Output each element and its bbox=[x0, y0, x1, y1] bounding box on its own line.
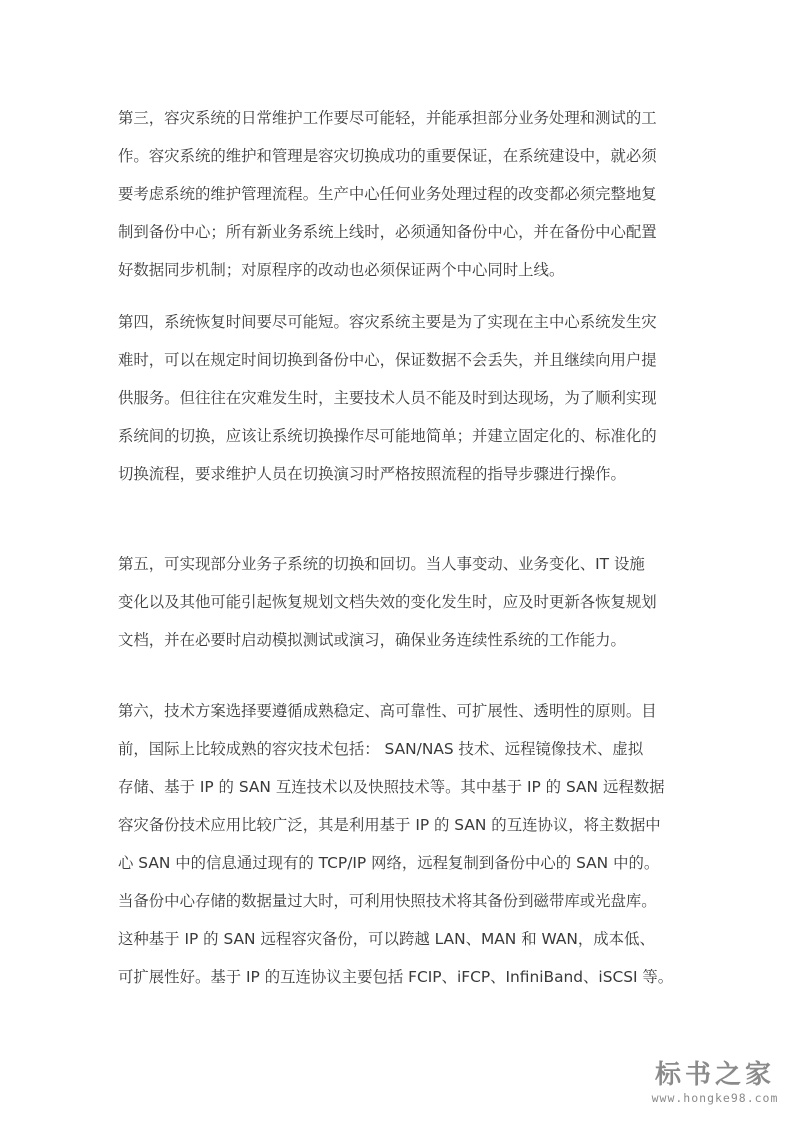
text-line: 作。容灾系统的维护和管理是容灾切换成功的重要保证，在系统建设中，就必须 bbox=[118, 137, 678, 175]
text-line: 第三，容灾系统的日常维护工作要尽可能轻，并能承担部分业务处理和测试的工 bbox=[118, 99, 678, 137]
text-line: 心 SAN 中的信息通过现有的 TCP/IP 网络，远程复制到备份中心的 SAN… bbox=[118, 844, 678, 882]
text-line: 制到备份中心；所有新业务系统上线时，必须通知备份中心，并在备份中心配置 bbox=[118, 213, 678, 251]
text-line: 切换流程，要求维护人员在切换演习时严格按照流程的指导步骤进行操作。 bbox=[118, 455, 678, 493]
watermark-title: 标书之家 bbox=[640, 1060, 790, 1090]
text-line: 第五，可实现部分业务子系统的切换和回切。当人事变动、业务变化、IT 设施 bbox=[118, 545, 678, 583]
text-line: 供服务。但往往在灾难发生时，主要技术人员不能及时到达现场，为了顺利实现 bbox=[118, 379, 678, 417]
watermark-logo: 标书之家 www.hongke98.com bbox=[640, 1060, 790, 1106]
document-page: 第三，容灾系统的日常维护工作要尽可能轻，并能承担部分业务处理和测试的工 作。容灾… bbox=[0, 0, 793, 1122]
text-line: 前，国际上比较成熟的容灾技术包括： SAN/NAS 技术、远程镜像技术、虚拟 bbox=[118, 730, 678, 768]
text-line: 文档，并在必要时启动模拟测试或演习，确保业务连续性系统的工作能力。 bbox=[118, 621, 678, 659]
text-line: 要考虑系统的维护管理流程。生产中心任何业务处理过程的改变都必须完整地复 bbox=[118, 175, 678, 213]
text-line: 当备份中心存储的数据量过大时，可利用快照技术将其备份到磁带库或光盘库。 bbox=[118, 882, 678, 920]
paragraph-fourth: 第四，系统恢复时间要尽可能短。容灾系统主要是为了实现在主中心系统发生灾 难时，可… bbox=[118, 303, 678, 493]
text-line: 第六，技术方案选择要遵循成熟稳定、高可靠性、可扩展性、透明性的原则。目 bbox=[118, 692, 678, 730]
paragraph-third: 第三，容灾系统的日常维护工作要尽可能轻，并能承担部分业务处理和测试的工 作。容灾… bbox=[118, 99, 678, 289]
watermark-url: www.hongke98.com bbox=[640, 1090, 790, 1106]
text-line: 变化以及其他可能引起恢复规划文档失效的变化发生时，应及时更新各恢复规划 bbox=[118, 583, 678, 621]
text-line: 存储、基于 IP 的 SAN 互连技术以及快照技术等。其中基于 IP 的 SAN… bbox=[118, 768, 678, 806]
text-line: 容灾备份技术应用比较广泛，其是利用基于 IP 的 SAN 的互连协议，将主数据中 bbox=[118, 806, 678, 844]
text-line: 难时，可以在规定时间切换到备份中心，保证数据不会丢失，并且继续向用户提 bbox=[118, 341, 678, 379]
text-line: 第四，系统恢复时间要尽可能短。容灾系统主要是为了实现在主中心系统发生灾 bbox=[118, 303, 678, 341]
text-line: 这种基于 IP 的 SAN 远程容灾备份，可以跨越 LAN、MAN 和 WAN，… bbox=[118, 920, 678, 958]
text-line: 好数据同步机制；对原程序的改动也必须保证两个中心同时上线。 bbox=[118, 251, 678, 289]
paragraph-fifth: 第五，可实现部分业务子系统的切换和回切。当人事变动、业务变化、IT 设施 变化以… bbox=[118, 545, 678, 659]
text-line: 系统间的切换，应该让系统切换操作尽可能地简单；并建立固定化的、标准化的 bbox=[118, 417, 678, 455]
text-line: 可扩展性好。基于 IP 的互连协议主要包括 FCIP、iFCP、InfiniBa… bbox=[118, 958, 678, 996]
paragraph-sixth: 第六，技术方案选择要遵循成熟稳定、高可靠性、可扩展性、透明性的原则。目 前，国际… bbox=[118, 692, 678, 996]
